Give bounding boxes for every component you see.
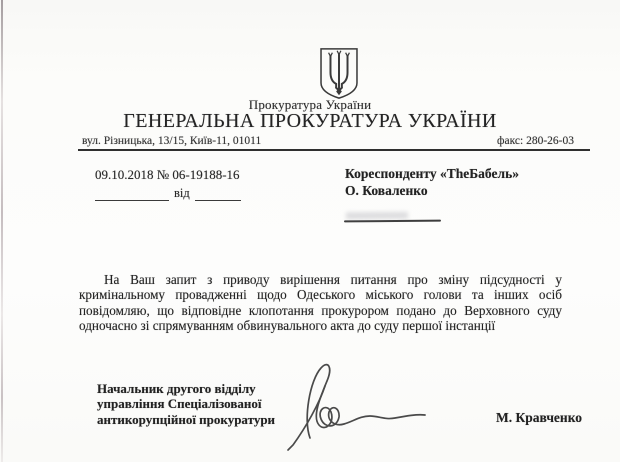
signatory-name: М. Кравченко (496, 410, 582, 426)
reference-block: 09.10.2018 № 06-19188-16 від (95, 167, 241, 201)
signatory-title-line: Начальник другого відділу (97, 381, 275, 396)
ukraine-trident-emblem-icon (318, 47, 360, 100)
org-name-large: ГЕНЕРАЛЬНА ПРОКУРАТУРА УКРАЇНИ (0, 110, 620, 133)
blank-underline (195, 188, 241, 201)
reply-reference-row: від (95, 186, 241, 201)
recipient-line-2: О. Коваленко (345, 183, 519, 200)
body-line: кримінальному провадженні щодо Одеського… (79, 287, 562, 302)
recipient-line-1: Кореспонденту «TheБабель» (345, 166, 519, 183)
signatory-title-line: антикорупційної прокуратури (97, 412, 275, 427)
org-address: вул. Різницька, 13/15, Київ-11, 01011 (78, 135, 261, 147)
from-label: від (174, 186, 190, 201)
org-fax: факс: 280-26-03 (497, 135, 590, 147)
body-line: повідомляю, що відповідне клопотання про… (79, 303, 562, 318)
handwritten-signature (276, 359, 428, 455)
scan-edge-artifact (1, 0, 3, 462)
letterhead-rule-row: вул. Різницька, 13/15, Київ-11, 01011 фа… (78, 135, 590, 151)
date-and-number: 09.10.2018 № 06-19188-16 (95, 167, 241, 183)
blank-underline (95, 188, 169, 201)
body-line: одночасно зі спрямуванням обвинувального… (79, 318, 562, 333)
signatory-title: Начальник другого відділу управління Спе… (97, 381, 275, 427)
signatory-title-line: управління Спеціалізованої (97, 396, 275, 411)
recipient-block: Кореспонденту «TheБабель» О. Коваленко (345, 166, 519, 199)
scanned-official-letter: Прокуратура України ГЕНЕРАЛЬНА ПРОКУРАТУ… (0, 0, 620, 462)
body-paragraph: На Ваш запит з приводу вирішення питання… (79, 272, 562, 334)
redacted-contact-line (344, 220, 441, 223)
body-line: На Ваш запит з приводу вирішення питання… (79, 272, 562, 287)
